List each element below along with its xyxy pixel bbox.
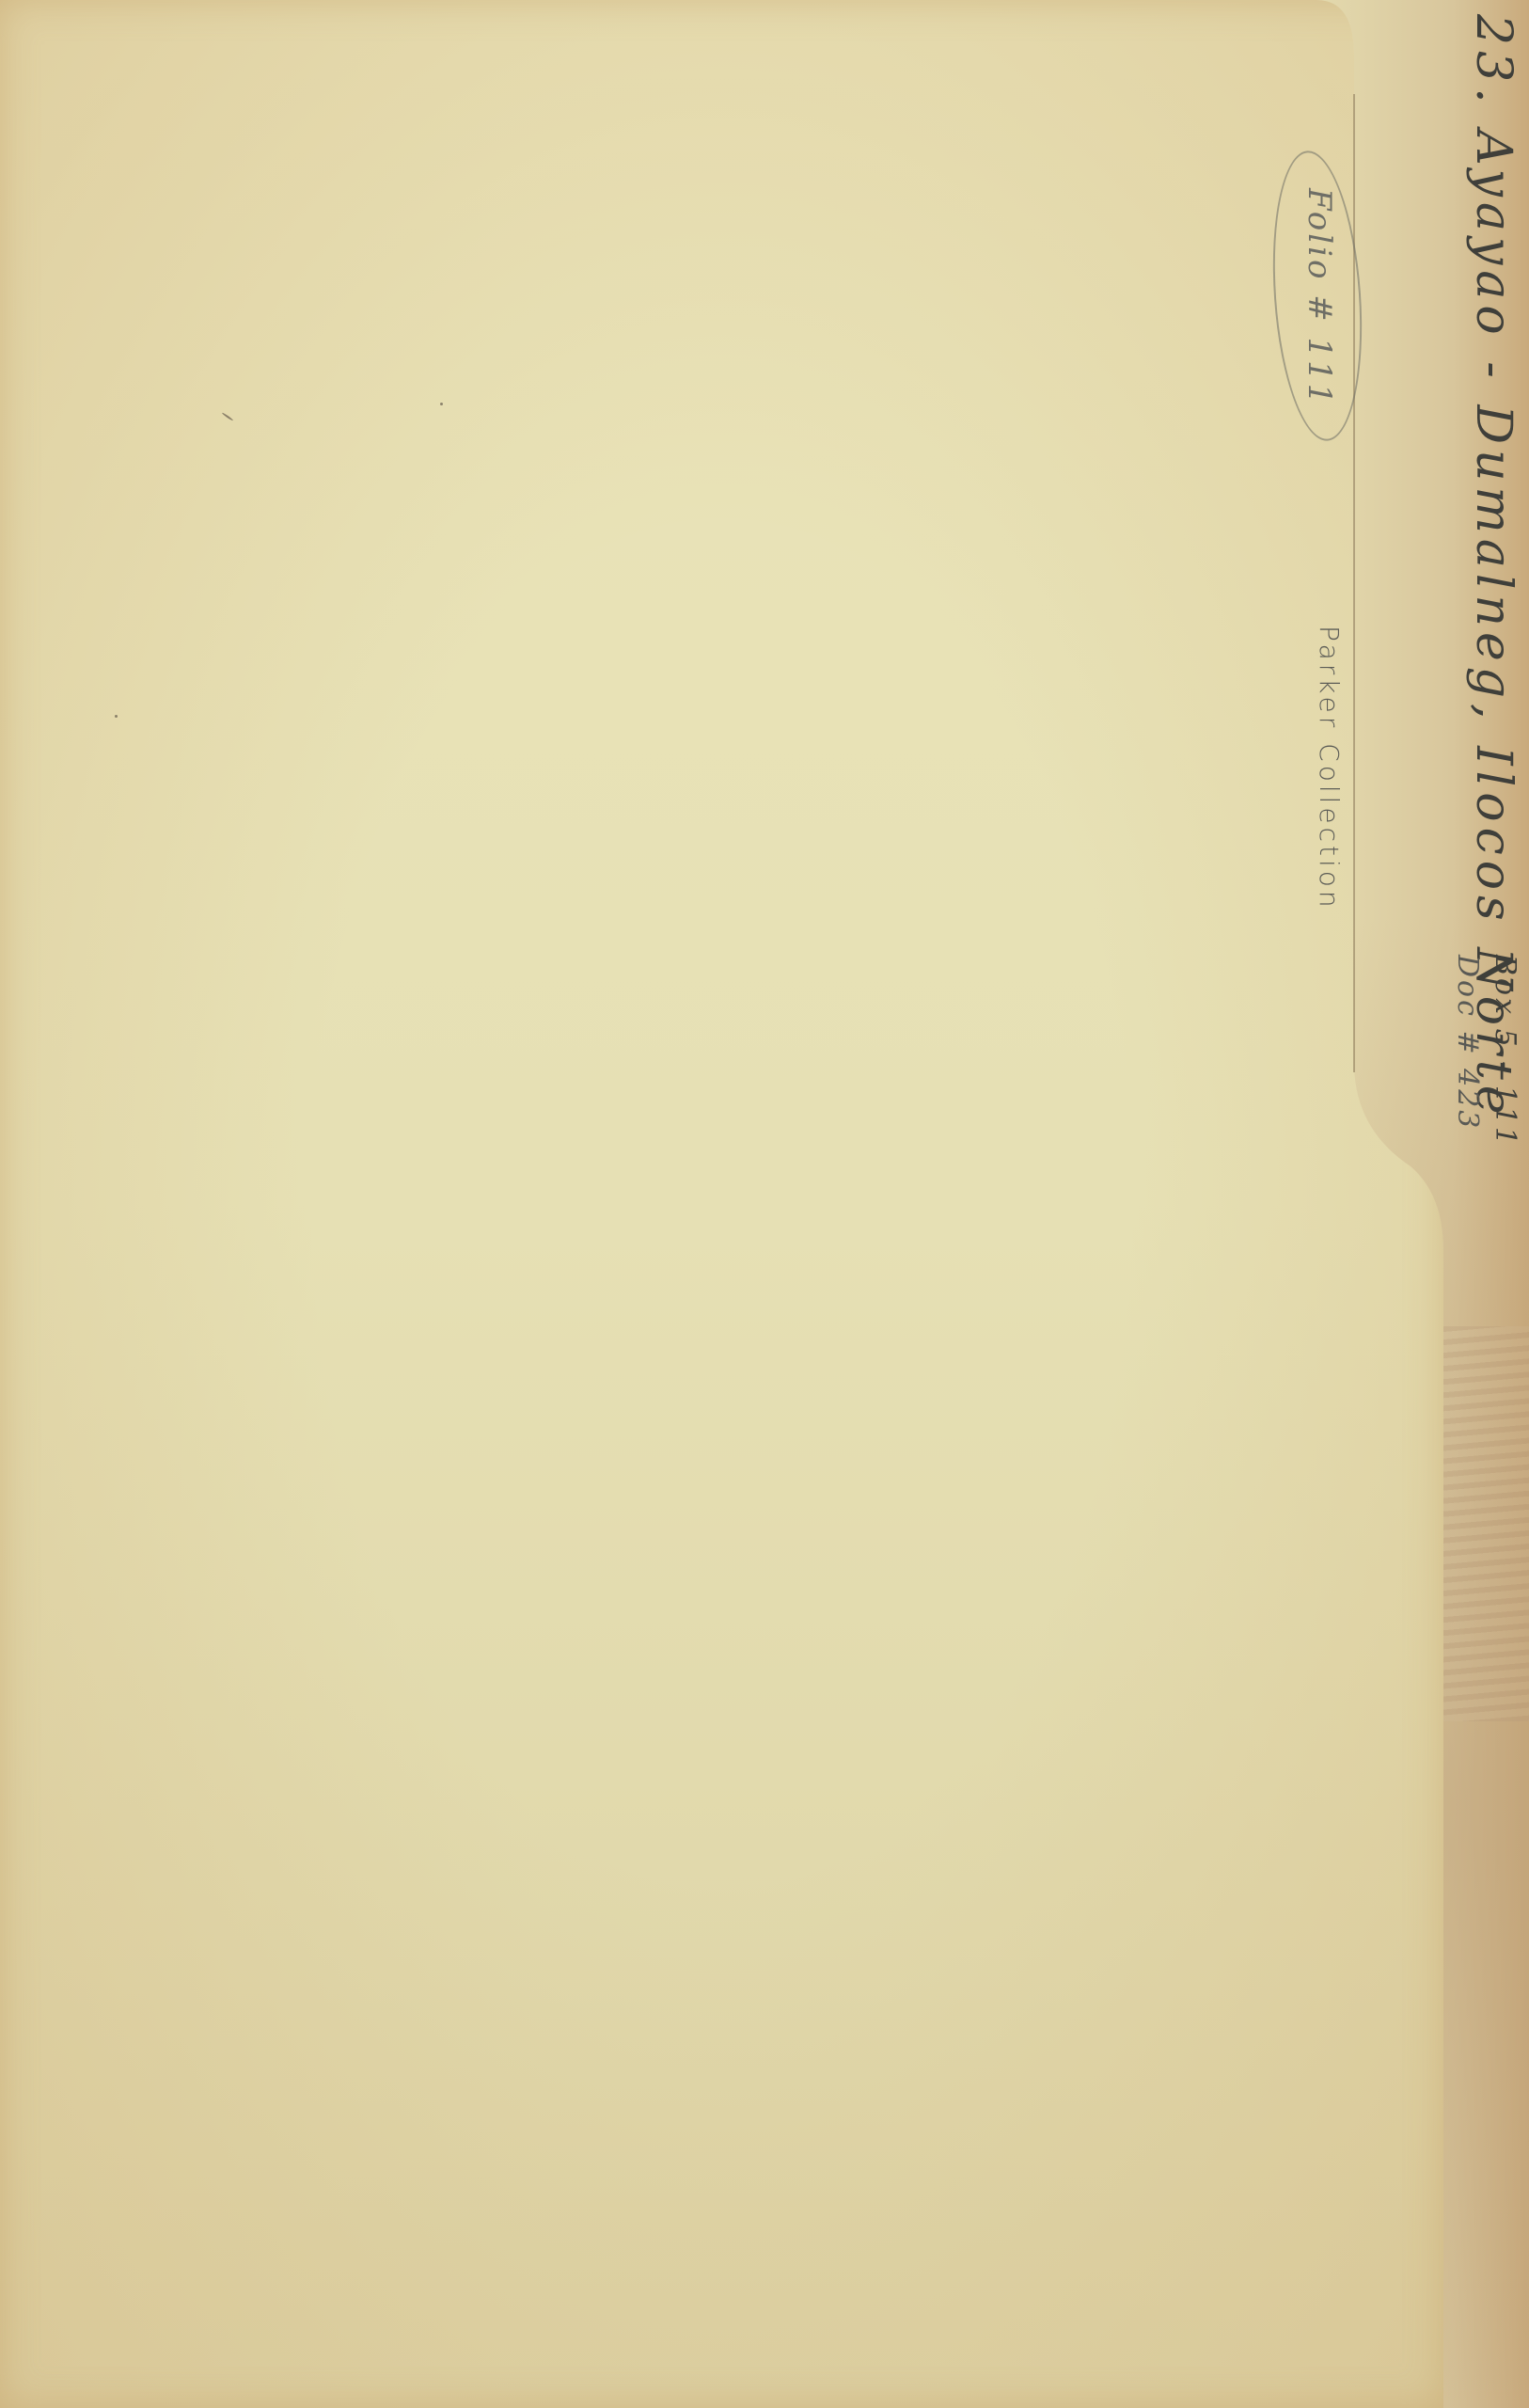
paper-speck — [440, 403, 443, 405]
paper-speck — [115, 715, 118, 718]
front-folder-panel — [0, 0, 1443, 2408]
box-number: Box 5 - 111 — [1489, 955, 1521, 1148]
doc-number: Doc # 423 — [1451, 955, 1484, 1131]
folio-number: Folio # 111 — [1300, 188, 1338, 406]
collection-note: Parker Collection — [1314, 626, 1345, 911]
water-stain — [1443, 1326, 1529, 1721]
